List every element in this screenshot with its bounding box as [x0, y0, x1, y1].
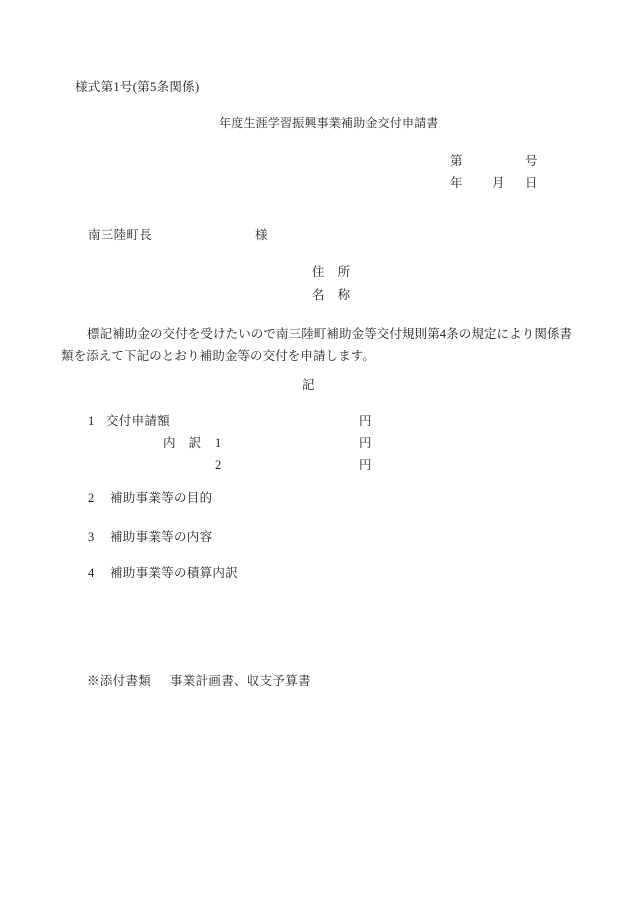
- item2-number: 2: [88, 491, 95, 506]
- item1-unit-label: 円: [359, 414, 372, 429]
- addressee-honorific: 様: [255, 228, 268, 243]
- item3-number: 3: [88, 530, 95, 545]
- record-marker: 記: [302, 378, 315, 393]
- breakdown-row1-unit-label: 円: [359, 436, 372, 451]
- item1-label: 交付申請額: [106, 414, 170, 429]
- applicant-name-label: 名 称: [312, 288, 350, 303]
- addressee-name: 南三陸町長: [88, 228, 152, 243]
- item2-label: 補助事業等の目的: [110, 491, 212, 506]
- item1-number: 1: [88, 414, 95, 429]
- attachments-label: ※添付書類: [87, 674, 151, 689]
- body-paragraph-line-1: 標記補助金の交付を受けたいので南三陸町補助金等交付規則第4条の規定により関係書: [87, 327, 572, 342]
- doc-number-prefix-label: 第: [450, 154, 463, 169]
- application-form-page: 様式第1号(第5条関係) 年度生涯学習振興事業補助金交付申請書 第 号 年 月 …: [0, 0, 630, 903]
- breakdown-row2-unit-label: 円: [359, 458, 372, 473]
- item4-number: 4: [88, 566, 95, 581]
- breakdown-row1-number: 1: [215, 436, 222, 451]
- applicant-address-label: 住 所: [312, 265, 350, 280]
- body-paragraph-line-2: 類を添えて下記のとおり補助金等の交付を申請します。: [61, 349, 375, 364]
- date-year-label: 年: [450, 176, 463, 191]
- doc-number-suffix-label: 号: [525, 154, 538, 169]
- attachments-value: 事業計画書、収支予算書: [170, 674, 311, 689]
- document-title: 年度生涯学習振興事業補助金交付申請書: [219, 116, 439, 131]
- date-month-label: 月: [492, 176, 505, 191]
- item4-label: 補助事業等の積算内訳: [110, 566, 238, 581]
- breakdown-row2-number: 2: [215, 458, 222, 473]
- item3-label: 補助事業等の内容: [110, 530, 212, 545]
- breakdown-label: 内 訳: [163, 436, 201, 451]
- date-day-label: 日: [525, 176, 538, 191]
- form-number: 様式第1号(第5条関係): [75, 80, 199, 95]
